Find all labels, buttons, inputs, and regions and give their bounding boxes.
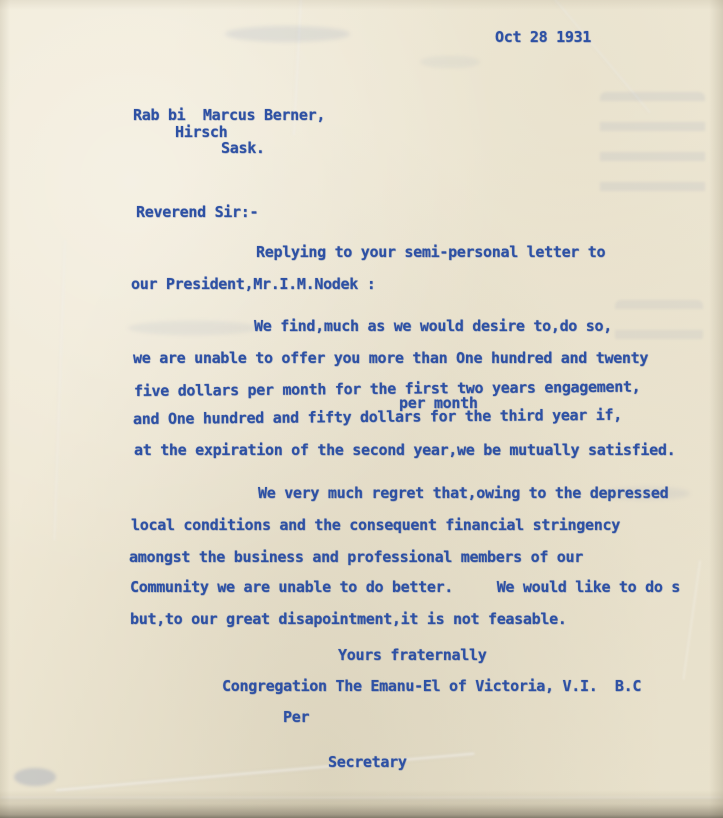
letter-line: but,to our great disapointment,it is not…: [130, 612, 567, 627]
paper-crease: [552, 0, 651, 113]
letter-line: five dollars per month for the first two…: [134, 380, 641, 399]
ink-bleed-smudge: [128, 321, 258, 335]
organization-line: Congregation The Emanu-El of Victoria, V…: [222, 679, 641, 694]
salutation-line: Reverend Sir:-: [136, 205, 258, 220]
ink-bleed-smudge: [14, 768, 56, 786]
signature-title-line: Secretary: [328, 755, 407, 770]
letter-line: local conditions and the consequent fina…: [131, 518, 620, 533]
paper-edge-shadow: [0, 0, 723, 10]
paper-crease: [53, 240, 66, 540]
date-line: Oct 28 1931: [495, 30, 591, 45]
per-line: Per: [283, 710, 309, 725]
ink-bleed-smudge: [225, 26, 350, 42]
ink-bleed-smudge: [420, 56, 480, 68]
paper-edge-shadow: [0, 790, 723, 818]
letter-line: Replying to your semi-personal letter to: [256, 245, 605, 260]
letter-line: amongst the business and professional me…: [129, 550, 583, 565]
recipient-town-line: Hirsch: [175, 125, 227, 140]
valediction-line: Yours fraternally: [338, 648, 486, 663]
paper-edge-shadow: [709, 0, 723, 818]
recipient-name-line: Rab bi Marcus Berner,: [133, 108, 325, 123]
ink-bleed-smudge: [615, 300, 703, 342]
letter-line: we are unable to offer you more than One…: [133, 351, 648, 366]
letter-line: Community we are unable to do better. We…: [130, 580, 680, 595]
paper-crease: [56, 752, 475, 793]
paper-crease: [682, 560, 702, 679]
letter-line: We find,much as we would desire to,do so…: [254, 319, 612, 334]
letter-line: our President,Mr.I.M.Nodek :: [131, 277, 375, 292]
letter-line: We very much regret that,owing to the de…: [258, 486, 668, 501]
letter-scan: Oct 28 1931 Rab bi Marcus Berner, Hirsch…: [0, 0, 723, 818]
paper-edge-shadow: [0, 0, 10, 818]
paper-crease: [0, 797, 723, 800]
ink-bleed-smudge: [600, 92, 705, 207]
letter-line: and One hundred and fifty dollars for th…: [133, 408, 622, 427]
letter-line: at the expiration of the second year,we …: [134, 443, 675, 458]
recipient-province-line: Sask.: [221, 141, 265, 156]
